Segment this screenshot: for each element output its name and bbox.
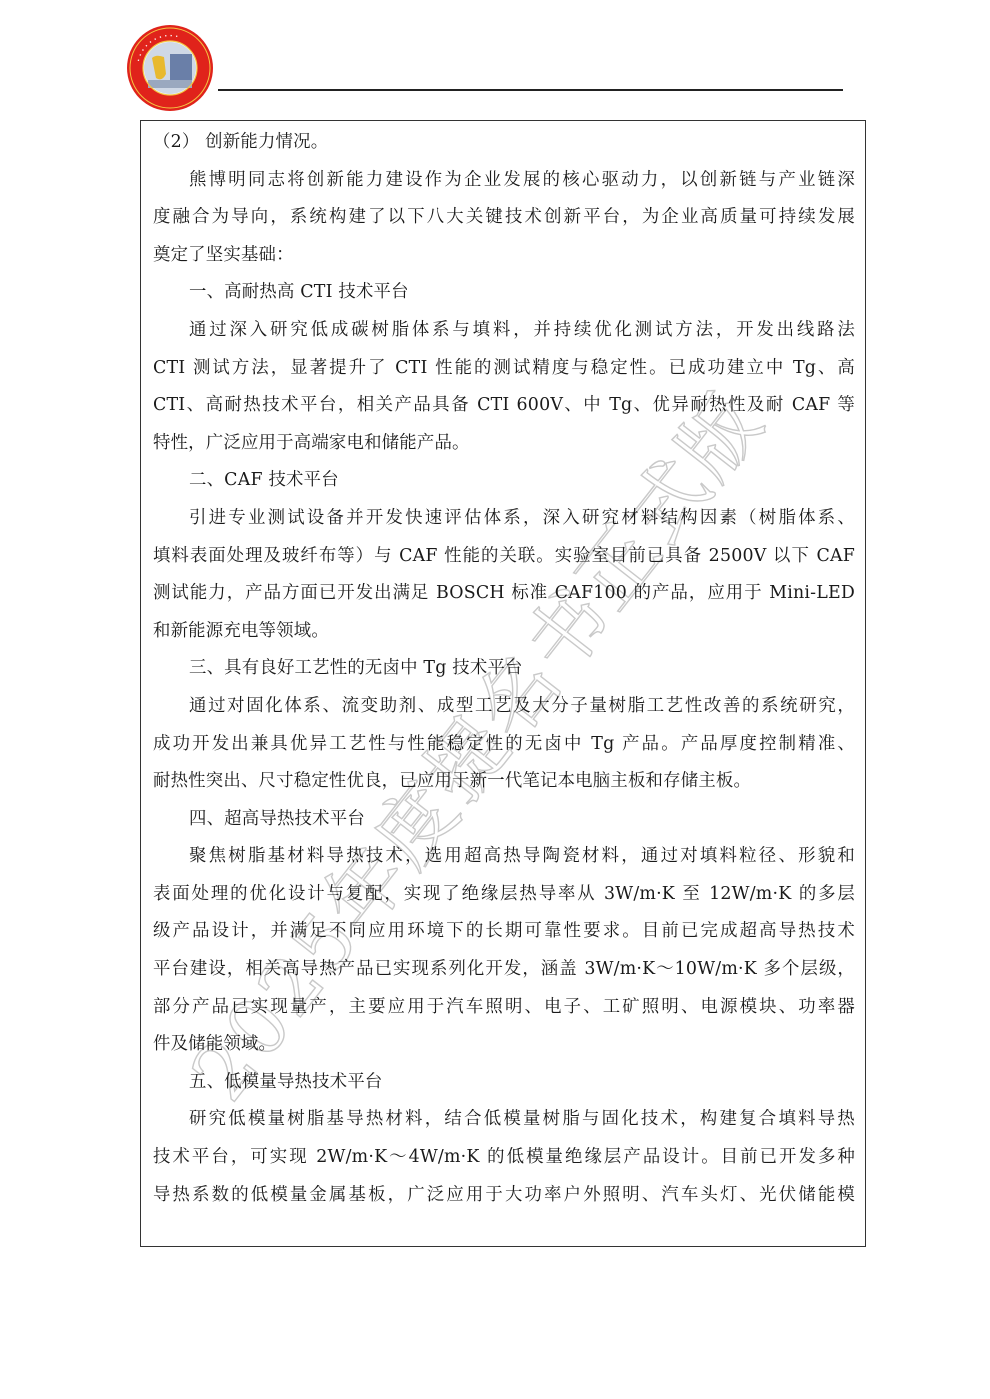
paragraph-line: 引进专业测试设备并开发快速评估体系，深入研究材料结构因素（树脂体系、 bbox=[153, 500, 855, 538]
paragraph-line: 耐热性突出、尺寸稳定性优良，已应用于新一代笔记本电脑主板和存储主板。 bbox=[153, 763, 855, 801]
intro-line: 奠定了坚实基础： bbox=[153, 237, 855, 275]
paragraph-line: 和新能源充电等领域。 bbox=[153, 613, 855, 651]
platform-title: 二、CAF 技术平台 bbox=[153, 462, 855, 500]
paragraph-line: 导热系数的低模量金属基板，广泛应用于大功率户外照明、汽车头灯、光伏储能模 bbox=[153, 1177, 855, 1215]
paragraph-line: 聚焦树脂基材料导热技术，选用超高热导陶瓷材料，通过对填料粒径、形貌和 bbox=[153, 838, 855, 876]
header-rule bbox=[218, 89, 843, 91]
text-body: （2） 创新能力情况。 熊博明同志将创新能力建设作为企业发展的核心驱动力，以创新… bbox=[153, 124, 855, 1214]
paragraph-line: 填料表面处理及玻纤布等）与 CAF 性能的关联。实验室目前已具备 2500V 以… bbox=[153, 538, 855, 576]
section-heading: （2） 创新能力情况。 bbox=[153, 124, 855, 162]
paragraph-line: CTI、高耐热技术平台，相关产品具备 CTI 600V、中 Tg、优异耐热性及耐… bbox=[153, 387, 855, 425]
content-box: 2025年度提名书正式版 （2） 创新能力情况。 熊博明同志将创新能力建设作为企… bbox=[140, 120, 866, 1247]
intro-line: 熊博明同志将创新能力建设作为企业发展的核心驱动力，以创新链与产业链深 bbox=[153, 162, 855, 200]
paragraph-line: 部分产品已实现量产，主要应用于汽车照明、电子、工矿照明、电源模块、功率器 bbox=[153, 989, 855, 1027]
intro-line: 度融合为导向，系统构建了以下八大关键技术创新平台，为企业高质量可持续发展 bbox=[153, 199, 855, 237]
seal-logo-icon: · · · · · · · · · · bbox=[126, 24, 214, 112]
paragraph-line: 件及储能领域。 bbox=[153, 1026, 855, 1064]
platform-title: 三、具有良好工艺性的无卤中 Tg 技术平台 bbox=[153, 650, 855, 688]
paragraph-line: 通过对固化体系、流变助剂、成型工艺及大分子量树脂工艺性改善的系统研究， bbox=[153, 688, 855, 726]
paragraph-line: 级产品设计，并满足不同应用环境下的长期可靠性要求。目前已完成超高导热技术 bbox=[153, 913, 855, 951]
paragraph-line: 技术平台，可实现 2W/m·K～4W/m·K 的低模量绝缘层产品设计。目前已开发… bbox=[153, 1139, 855, 1177]
paragraph-line: 通过深入研究低成碳树脂体系与填料，并持续优化测试方法，开发出线路法 bbox=[153, 312, 855, 350]
paragraph-line: 研究低模量树脂基导热材料，结合低模量树脂与固化技术，构建复合填料导热 bbox=[153, 1101, 855, 1139]
paragraph-line: 测试能力，产品方面已开发出满足 BOSCH 标准 CAF100 的产品，应用于 … bbox=[153, 575, 855, 613]
paragraph-line: CTI 测试方法，显著提升了 CTI 性能的测试精度与稳定性。已成功建立中 Tg… bbox=[153, 350, 855, 388]
paragraph-line: 表面处理的优化设计与复配，实现了绝缘层热导率从 3W/m·K 至 12W/m·K… bbox=[153, 876, 855, 914]
platform-title: 五、低模量导热技术平台 bbox=[153, 1064, 855, 1102]
platform-title: 四、超高导热技术平台 bbox=[153, 801, 855, 839]
paragraph-line: 平台建设，相关高导热产品已实现系列化开发，涵盖 3W/m·K～10W/m·K 多… bbox=[153, 951, 855, 989]
platform-title: 一、高耐热高 CTI 技术平台 bbox=[153, 274, 855, 312]
paragraph-line: 成功开发出兼具优异工艺性与性能稳定性的无卤中 Tg 产品。产品厚度控制精准、 bbox=[153, 726, 855, 764]
paragraph-line: 特性，广泛应用于高端家电和储能产品。 bbox=[153, 425, 855, 463]
